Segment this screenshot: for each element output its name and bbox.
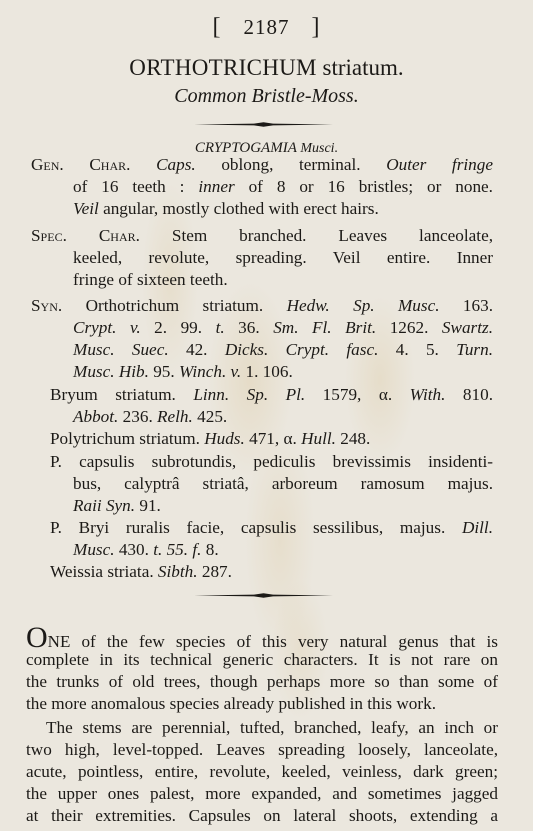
text-span: 1. 106. xyxy=(241,362,293,381)
citation-italic: Caps. xyxy=(156,155,196,174)
citation-italic: Hedw. Sp. Musc. xyxy=(287,296,440,315)
synonym-line: bus, calyptrâ striatâ, arboreum ramosum … xyxy=(73,474,493,494)
citation-italic: Abbot. xyxy=(73,407,118,426)
plate-number-value: 2187 xyxy=(244,15,290,39)
text-span: fringe of sixteen teeth. xyxy=(73,270,228,289)
text-span: 430. xyxy=(115,540,154,559)
synonym-line: Musc. 430. t. 55. f. 8. xyxy=(73,540,219,560)
synonym-line: Syn. Orthotrichum striatum. Hedw. Sp. Mu… xyxy=(31,296,493,316)
citation-italic: Dill. xyxy=(462,518,493,537)
text-span: the trunks of old trees, though perhaps … xyxy=(26,672,498,691)
text-span: the more anomalous species already publi… xyxy=(26,694,436,713)
genus-name: ORTHOTRICHUM xyxy=(129,55,317,80)
citation-italic: t. 55. f. xyxy=(153,540,201,559)
plate-number: [2187] xyxy=(0,14,533,41)
text-span: of 8 or 16 bristles; or none. xyxy=(235,177,493,196)
synonym-line: Crypt. v. 2. 99. t. 36. Sm. Fl. Brit. 12… xyxy=(73,318,493,338)
text-span: at their extremities. Capsules on latera… xyxy=(26,806,498,825)
text-span: 810. xyxy=(445,385,493,404)
gen-char-line: of 16 teeth : inner of 8 or 16 bristles;… xyxy=(73,177,493,197)
citation-italic: Raii Syn. xyxy=(73,496,135,515)
spec-char-label: Spec. Char. xyxy=(31,226,172,245)
text-span: angular, mostly clothed with erect hairs… xyxy=(99,199,379,218)
synonym-line: P. Bryi ruralis facie, capsulis sessilib… xyxy=(50,518,493,538)
citation-italic: Sibth. xyxy=(158,562,198,581)
paragraph-line: the more anomalous species already publi… xyxy=(26,694,436,714)
synonym-line: Bryum striatum. Linn. Sp. Pl. 1579, α. W… xyxy=(50,385,493,405)
text-span: 8. xyxy=(201,540,218,559)
citation-italic: Musc. xyxy=(73,540,115,559)
text-span: P. Bryi ruralis facie, capsulis sessilib… xyxy=(50,518,462,537)
citation-italic: Winch. v. xyxy=(179,362,241,381)
paragraph-line: at their extremities. Capsules on latera… xyxy=(26,806,498,826)
text-span: of 16 teeth : xyxy=(73,177,198,196)
citation-italic: Musc. Hib. xyxy=(73,362,149,381)
text-span: 36. xyxy=(225,318,274,337)
citation-italic: Dicks. Crypt. fasc. xyxy=(225,340,379,359)
text-span: 1579, α. xyxy=(305,385,409,404)
text-span: 248. xyxy=(336,429,370,448)
text-span: 95. xyxy=(149,362,179,381)
synonym-line: Raii Syn. 91. xyxy=(73,496,161,516)
text-span: oblong, terminal. xyxy=(196,155,387,174)
text-span: of the few species of this very natural … xyxy=(70,632,498,651)
spec-char-line: fringe of sixteen teeth. xyxy=(73,270,228,290)
text-span: Weissia striata. xyxy=(50,562,158,581)
citation-italic: inner xyxy=(198,177,234,196)
synonym-line: P. capsulis subrotundis, pediculis brevi… xyxy=(50,452,493,472)
text-span: Bryum striatum. xyxy=(50,385,193,404)
citation-italic: Relh. xyxy=(157,407,193,426)
synonym-line: Polytrichum striatum. Huds. 471, α. Hull… xyxy=(50,429,370,449)
text-span: 425. xyxy=(193,407,227,426)
text-span: 91. xyxy=(135,496,161,515)
citation-italic: Musc. Suec. xyxy=(73,340,169,359)
paragraph-line: The stems are perennial, tufted, branche… xyxy=(46,718,498,738)
text-span: Polytrichum striatum. xyxy=(50,429,204,448)
synonym-line: Musc. Hib. 95. Winch. v. 1. 106. xyxy=(73,362,293,382)
synonym-label: Syn. xyxy=(31,296,86,315)
classification-class: CRYPTOGAMIA xyxy=(195,140,297,156)
citation-italic: Turn. xyxy=(456,340,493,359)
classification-order: Musci. xyxy=(300,141,338,156)
text-span: 2. 99. xyxy=(141,318,216,337)
text-span: 1262. xyxy=(376,318,442,337)
text-span: bus, calyptrâ striatâ, arboreum ramosum … xyxy=(73,474,493,493)
citation-italic: Outer fringe xyxy=(386,155,493,174)
spec-char-line: Spec. Char. Stem branched. Leaves lanceo… xyxy=(31,226,493,246)
species-name: striatum. xyxy=(323,55,404,80)
citation-italic: Linn. Sp. Pl. xyxy=(193,385,305,404)
text-span: 163. xyxy=(440,296,493,315)
common-name: Common Bristle-Moss. xyxy=(0,85,533,108)
text-span: 42. xyxy=(169,340,225,359)
citation-italic: Sm. Fl. Brit. xyxy=(273,318,376,337)
gen-char-line: Gen. Char. Caps. oblong, terminal. Outer… xyxy=(31,155,493,175)
citation-italic: Swartz. xyxy=(442,318,493,337)
text-span: acute, pointless, entire, revolute, keel… xyxy=(26,762,498,781)
text-span: complete in its technical generic charac… xyxy=(26,650,498,669)
paragraph-line: the trunks of old trees, though perhaps … xyxy=(26,672,498,692)
bracket-open: [ xyxy=(213,14,222,40)
synonym-line: Musc. Suec. 42. Dicks. Crypt. fasc. 4. 5… xyxy=(73,340,493,360)
text-span: Orthotrichum striatum. xyxy=(86,296,287,315)
text-span: 471, α. xyxy=(245,429,301,448)
text-span: 4. 5. xyxy=(378,340,456,359)
synonym-line: Weissia striata. Sibth. 287. xyxy=(50,562,232,582)
citation-italic: Hull. xyxy=(301,429,336,448)
synonym-line: Abbot. 236. Relh. 425. xyxy=(73,407,227,427)
text-span: P. capsulis subrotundis, pediculis brevi… xyxy=(50,452,493,471)
small-caps-lead: NE xyxy=(48,632,71,651)
paragraph-line: complete in its technical generic charac… xyxy=(26,650,498,670)
citation-italic: Veil xyxy=(73,199,99,218)
gen-char-label: Gen. Char. xyxy=(31,155,156,174)
bracket-close: ] xyxy=(312,14,321,40)
text-span: The stems are perennial, tufted, branche… xyxy=(46,718,498,737)
text-span: 236. xyxy=(118,407,157,426)
text-span: keeled, revolute, spreading. Veil entire… xyxy=(73,248,493,267)
decorative-rule-icon xyxy=(194,122,333,126)
text-span: two high, level-topped. Leaves spreading… xyxy=(26,740,498,759)
species-title: ORTHOTRICHUM striatum. xyxy=(0,55,533,81)
paragraph-line: ONE of the few species of this very natu… xyxy=(26,628,498,652)
paragraph-line: acute, pointless, entire, revolute, keel… xyxy=(26,762,498,782)
text-span: Stem branched. Leaves lanceolate, xyxy=(172,226,493,245)
gen-char-line: Veil angular, mostly clothed with erect … xyxy=(73,199,379,219)
spec-char-line: keeled, revolute, spreading. Veil entire… xyxy=(73,248,493,268)
book-page: [2187] ORTHOTRICHUM striatum. Common Bri… xyxy=(0,0,533,831)
citation-italic: With. xyxy=(410,385,446,404)
decorative-rule-icon xyxy=(194,593,333,597)
paragraph-line: two high, level-topped. Leaves spreading… xyxy=(26,740,498,760)
text-span: the upper ones palest, more expanded, an… xyxy=(26,784,498,803)
citation-italic: Crypt. v. xyxy=(73,318,141,337)
paragraph-line: the upper ones palest, more expanded, an… xyxy=(26,784,498,804)
citation-italic: t. xyxy=(216,318,225,337)
citation-italic: Huds. xyxy=(204,429,245,448)
text-span: 287. xyxy=(198,562,232,581)
